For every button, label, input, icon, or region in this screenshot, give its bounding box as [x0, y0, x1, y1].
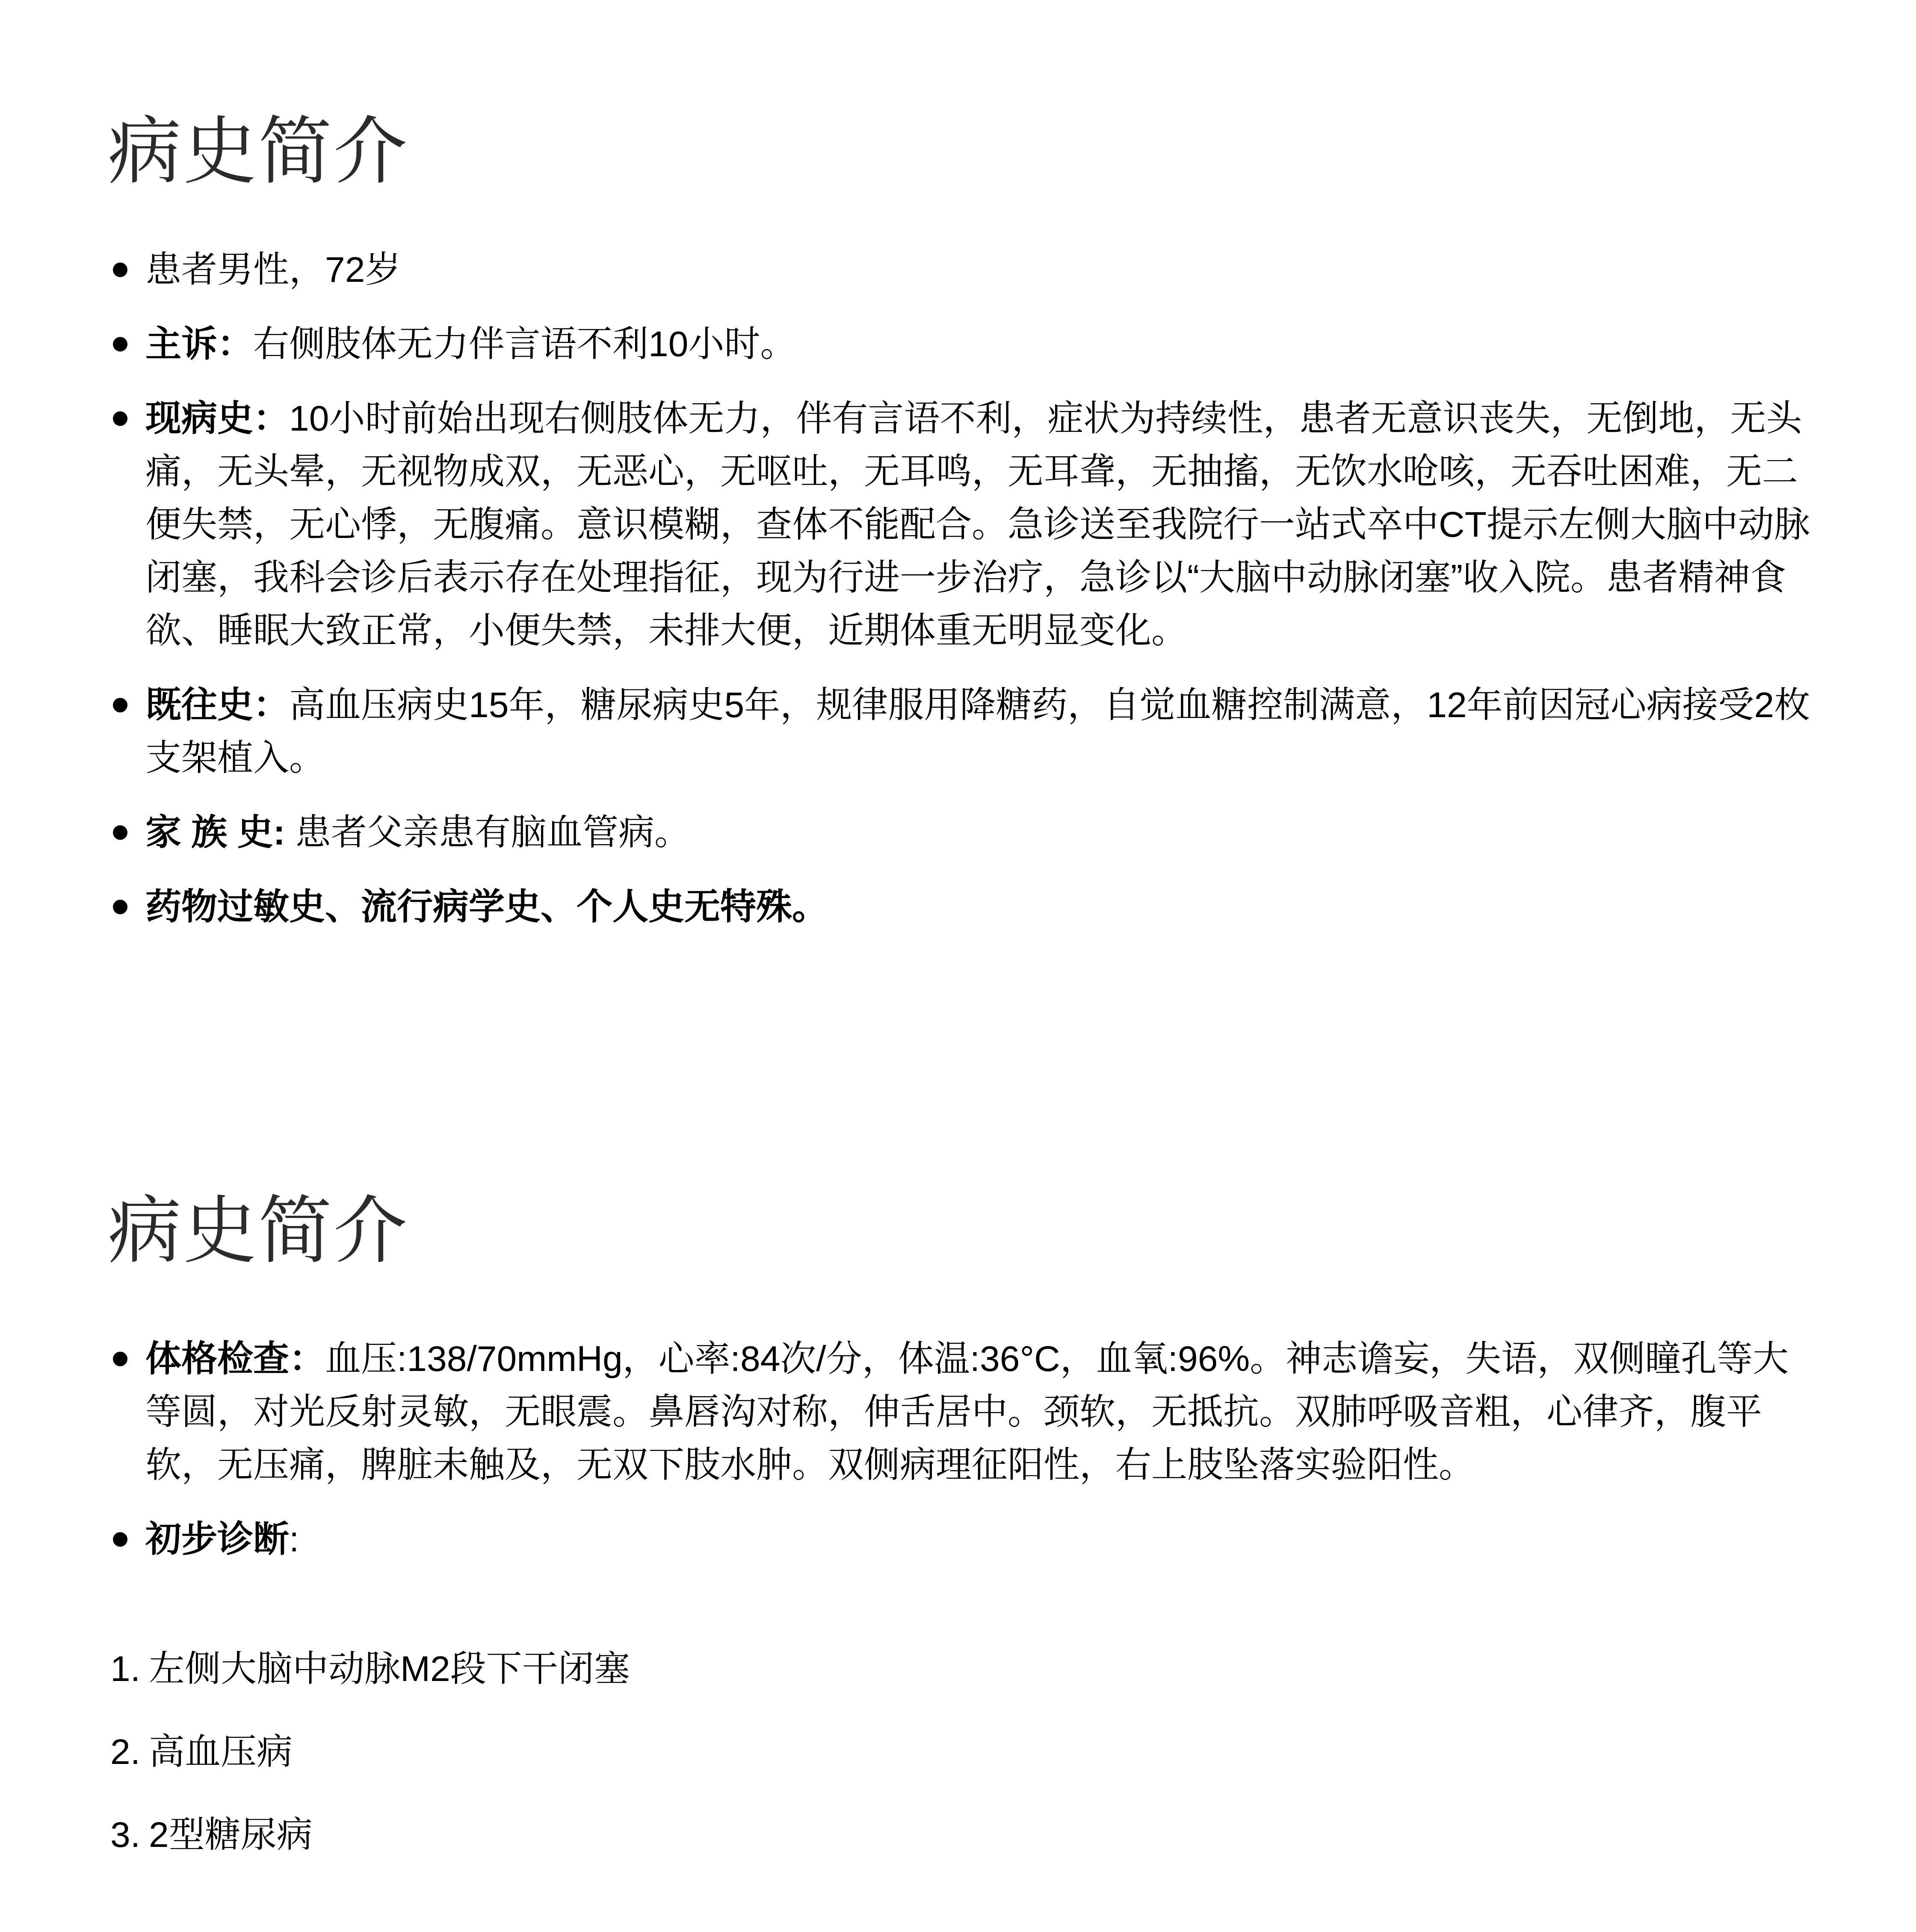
bullet-dot-icon: [113, 1352, 127, 1366]
list-item-past-history: 既往史：高血压病史15年，糖尿病史5年，规律服用降糖药，自觉血糖控制满意，12年…: [110, 678, 1813, 784]
item-text: :: [289, 1519, 299, 1559]
bullet-dot-icon: [113, 698, 127, 712]
bullet-dot-icon: [113, 263, 127, 277]
list-item-physical-exam: 体格检查：血压:138/70mmHg，心率:84次/分，体温:36°C，血氧:9…: [110, 1332, 1813, 1491]
item-label: 家 族 史:: [145, 812, 295, 852]
item-text: 患者父亲患有脑血管病。: [295, 812, 690, 852]
item-text: 血压:138/70mmHg，心率:84次/分，体温:36°C，血氧:96%。神志…: [145, 1338, 1789, 1485]
diagnosis-item: 2.高血压病: [110, 1725, 630, 1778]
item-text: 右侧肢体无力伴言语不利10小时。: [253, 324, 796, 364]
item-label: 体格检查：: [145, 1338, 325, 1379]
list-item-patient-info: 患者男性，72岁: [110, 243, 1813, 296]
item-text: 高血压病史15年，糖尿病史5年，规律服用降糖药，自觉血糖控制满意，12年前因冠心…: [145, 685, 1810, 778]
history-bullet-list: 患者男性，72岁 主诉：右侧肢体无力伴言语不利10小时。 现病史：10小时前始出…: [110, 243, 1813, 954]
list-item-other-history: 药物过敏史、流行病学史、个人史无特殊。: [110, 880, 1813, 933]
slide-medical-history-1: 病史简介 患者男性，72岁 主诉：右侧肢体无力伴言语不利10小时。 现病史：10…: [0, 0, 1916, 1086]
item-text: 10小时前始出现右侧肢体无力，伴有言语不利，症状为持续性，患者无意识丧失，无倒地…: [145, 398, 1810, 650]
item-label: 既往史：: [145, 685, 289, 725]
list-item-present-illness: 现病史：10小时前始出现右侧肢体无力，伴有言语不利，症状为持续性，患者无意识丧失…: [110, 392, 1813, 657]
item-label: 初步诊断: [145, 1519, 289, 1559]
item-label: 药物过敏史、流行病学史、个人史无特殊。: [145, 886, 828, 927]
bullet-dot-icon: [113, 900, 127, 914]
list-item-family-history: 家 族 史: 患者父亲患有脑血管病。: [110, 806, 1813, 859]
bullet-dot-icon: [113, 337, 127, 352]
diagnosis-item: 3.2型糖尿病: [110, 1808, 630, 1861]
slide-title: 病史简介: [108, 1194, 409, 1267]
diagnosis-item: 1.左侧大脑中动脉M2段下干闭塞: [110, 1642, 630, 1695]
exam-bullet-list: 体格检查：血压:138/70mmHg，心率:84次/分，体温:36°C，血氧:9…: [110, 1332, 1813, 1587]
slide-medical-history-2: 病史简介 体格检查：血压:138/70mmHg，心率:84次/分，体温:36°C…: [0, 1086, 1916, 1932]
list-item-chief-complaint: 主诉：右侧肢体无力伴言语不利10小时。: [110, 317, 1813, 370]
bullet-dot-icon: [113, 1532, 127, 1547]
item-label: 主诉：: [145, 324, 253, 364]
diagnosis-list: 1.左侧大脑中动脉M2段下干闭塞 2.高血压病 3.2型糖尿病: [110, 1642, 630, 1891]
bullet-dot-icon: [113, 411, 127, 426]
bullet-dot-icon: [113, 825, 127, 840]
list-item-preliminary-diagnosis: 初步诊断:: [110, 1513, 1813, 1566]
item-text: 患者男性，72岁: [145, 249, 401, 290]
item-label: 现病史：: [145, 398, 289, 438]
slide-title: 病史简介: [108, 115, 409, 188]
